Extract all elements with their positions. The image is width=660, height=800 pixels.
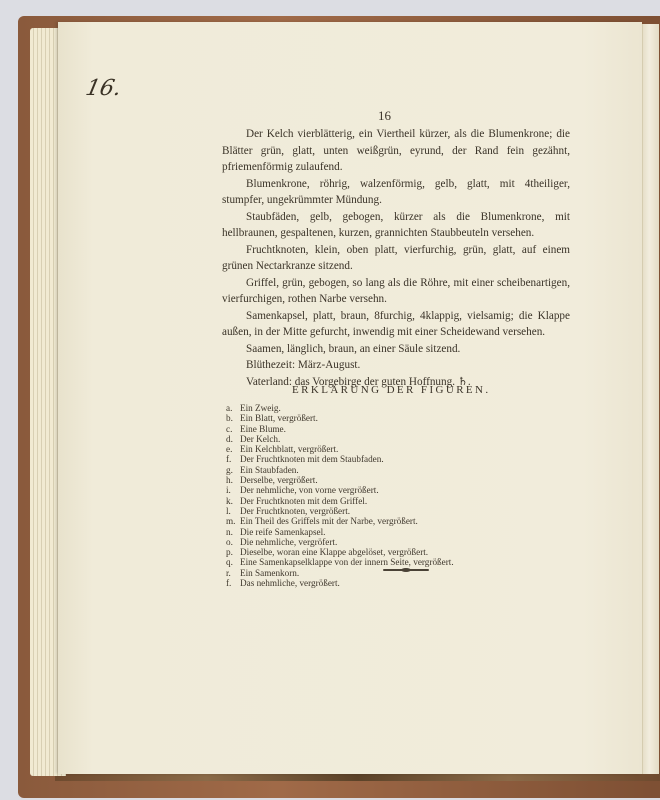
figure-text: Dieselbe, woran eine Klappe abgelöset, v… [240, 547, 428, 557]
figure-item: o.Die nehmliche, vergröfert. [226, 537, 526, 547]
figure-item: n.Die reife Samenkapsel. [226, 527, 526, 537]
figure-key: r. [226, 568, 240, 578]
figure-item: d.Der Kelch. [226, 434, 526, 444]
figure-text: Der Fruchtknoten, vergrößert. [240, 506, 350, 516]
figures-heading: ERKLÄRUNG DER FIGUREN. [292, 384, 491, 396]
figure-key: e. [226, 444, 240, 454]
handwritten-note: 16. [83, 76, 123, 101]
figure-key: o. [226, 537, 240, 547]
figure-text: Ein Staubfaden. [240, 465, 299, 475]
figure-text: Der Kelch. [240, 434, 280, 444]
figure-key: h. [226, 475, 240, 485]
figure-key: a. [226, 403, 240, 413]
paragraph-griffel: Griffel, grün, gebogen, so lang als die … [222, 275, 570, 308]
figure-item: c.Eine Blume. [226, 424, 526, 434]
figure-key: p. [226, 547, 240, 557]
figure-text: Eine Samenkapselklappe von der innern Se… [240, 557, 454, 567]
figure-text: Die nehmliche, vergröfert. [240, 537, 337, 547]
figure-key: m. [226, 516, 240, 526]
figure-text: Ein Zweig. [240, 403, 281, 413]
figure-text: Die reife Samenkapsel. [240, 527, 325, 537]
figure-key: l. [226, 506, 240, 516]
figure-item: p.Dieselbe, woran eine Klappe abgelöset,… [226, 547, 526, 557]
figure-item: g.Ein Staubfaden. [226, 465, 526, 475]
figure-key: i. [226, 485, 240, 495]
page-number: 16 [378, 108, 391, 124]
figure-text: Das nehmliche, vergrößert. [240, 578, 340, 588]
figures-list: a.Ein Zweig. b.Ein Blatt, vergrößert. c.… [226, 403, 526, 588]
figure-item: h.Derselbe, vergrößert. [226, 475, 526, 485]
figure-key: g. [226, 465, 240, 475]
paragraph-samenkapsel: Samenkapsel, platt, braun, 8furchig, 4kl… [222, 308, 570, 341]
figure-text: Ein Kelchblatt, vergrößert. [240, 444, 338, 454]
decorative-rule [383, 569, 429, 571]
figure-text: Ein Samenkorn. [240, 568, 299, 578]
figure-key: f. [226, 454, 240, 464]
page-edges-right [642, 24, 659, 774]
figure-item: e.Ein Kelchblatt, vergrößert. [226, 444, 526, 454]
figure-text: Eine Blume. [240, 424, 286, 434]
paragraph-bluethezeit: Blüthezeit: März-August. [222, 357, 570, 374]
paragraph-kelch: Der Kelch vierblätterig, ein Viertheil k… [222, 126, 570, 176]
figure-item: f.Der Fruchtknoten mit dem Staubfaden. [226, 454, 526, 464]
figure-item: l.Der Fruchtknoten, vergrößert. [226, 506, 526, 516]
figure-text: Ein Blatt, vergrößert. [240, 413, 318, 423]
paragraph-staubfaeden: Staubfäden, gelb, gebogen, kürzer als di… [222, 209, 570, 242]
figure-text: Der Fruchtknoten mit dem Staubfaden. [240, 454, 384, 464]
figure-item: q.Eine Samenkapselklappe von der innern … [226, 557, 526, 567]
figure-item: k.Der Fruchtknoten mit dem Griffel. [226, 496, 526, 506]
paragraph-fruchtknoten: Fruchtknoten, klein, oben platt, vierfur… [222, 242, 570, 275]
figure-key: n. [226, 527, 240, 537]
figure-item: f.Das nehmliche, vergrößert. [226, 578, 526, 588]
figure-text: Der Fruchtknoten mit dem Griffel. [240, 496, 367, 506]
figure-key: q. [226, 557, 240, 567]
paragraph-blumenkrone: Blumenkrone, röhrig, walzenförmig, gelb,… [222, 176, 570, 209]
figure-item: b.Ein Blatt, vergrößert. [226, 413, 526, 423]
figure-item: m.Ein Theil des Griffels mit der Narbe, … [226, 516, 526, 526]
figure-key: k. [226, 496, 240, 506]
figure-key: c. [226, 424, 240, 434]
figure-key: f. [226, 578, 240, 588]
figure-key: d. [226, 434, 240, 444]
figure-item: r.Ein Samenkorn. [226, 568, 526, 578]
description-text: Der Kelch vierblätterig, ein Viertheil k… [222, 126, 570, 390]
figure-text: Derselbe, vergrößert. [240, 475, 318, 485]
book-cover-bottom [55, 773, 660, 781]
paragraph-saamen: Saamen, länglich, braun, an einer Säule … [222, 341, 570, 358]
figure-key: b. [226, 413, 240, 423]
figure-text: Ein Theil des Griffels mit der Narbe, ve… [240, 516, 418, 526]
figure-item: a.Ein Zweig. [226, 403, 526, 413]
figure-item: i.Der nehmliche, von vorne vergrößert. [226, 485, 526, 495]
figure-text: Der nehmliche, von vorne vergrößert. [240, 485, 379, 495]
